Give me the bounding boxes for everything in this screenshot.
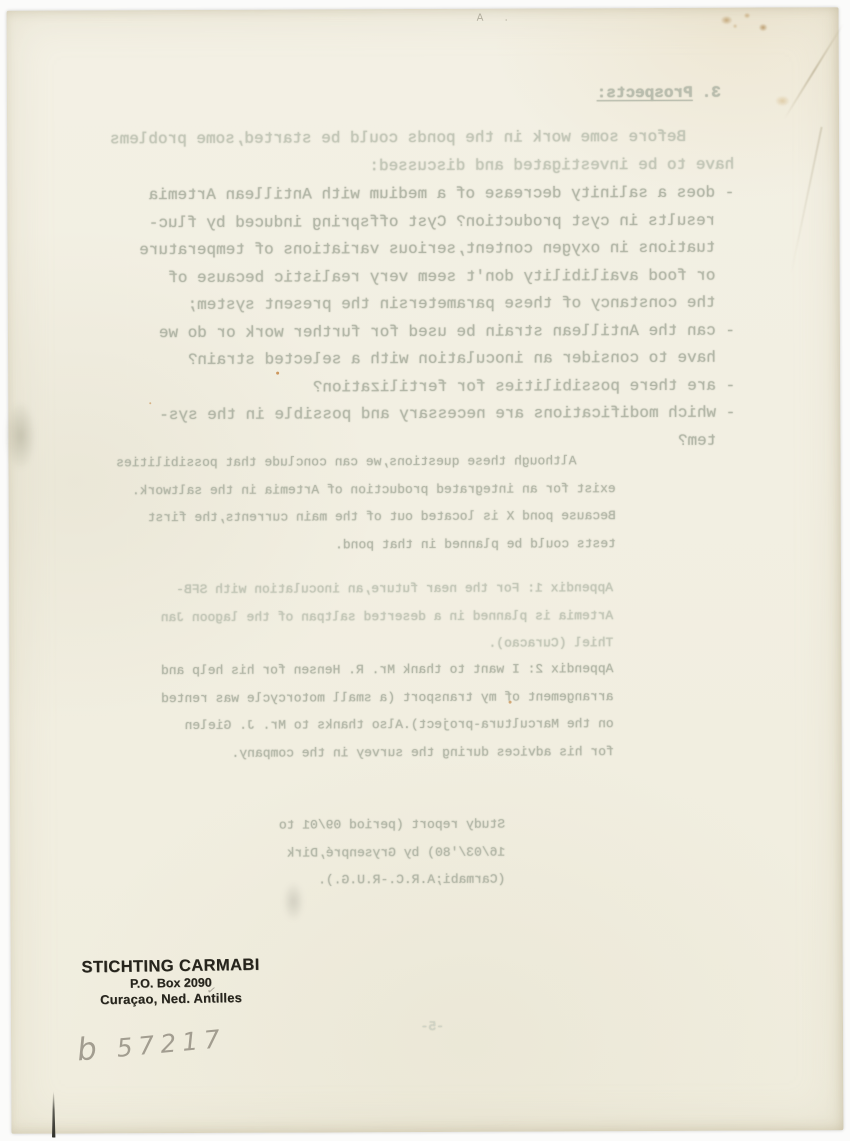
scanned-page-background: { "scan": { "paper_color": "#f2efe2", "b… [0,0,850,1141]
section-heading: 3.Prospects: [597,84,721,103]
section-number: 3. [702,84,721,102]
intro-paragraph: Before some work in the ponds could be s… [110,124,734,182]
appendix-2-paragraph: Appendix 2: I want to thank Mr. R. Hense… [161,655,614,767]
questions-list: - does a salinity decrease of a medium w… [139,180,735,458]
section-title: Prospects: [597,84,693,102]
conclusion-paragraph: Although these questions,we can conclude… [116,447,616,559]
appendix-1-paragraph: Appendix 1: For the near future,an inocu… [161,574,614,658]
carmabi-stamp: STICHTING CARMABI P.O. Box 2090 Curaçao,… [74,955,267,1009]
paper-sheet: A . 3.Prospects: Before some work in the… [7,7,844,1134]
page-number: -5- [421,1013,445,1041]
stamp-org-name: STICHTING CARMABI [74,955,266,978]
stamp-location: Curaçao, Ned. Antilles [75,990,267,1009]
credit-note: Study report (period 09/01 to 16/03/'80)… [279,811,506,894]
